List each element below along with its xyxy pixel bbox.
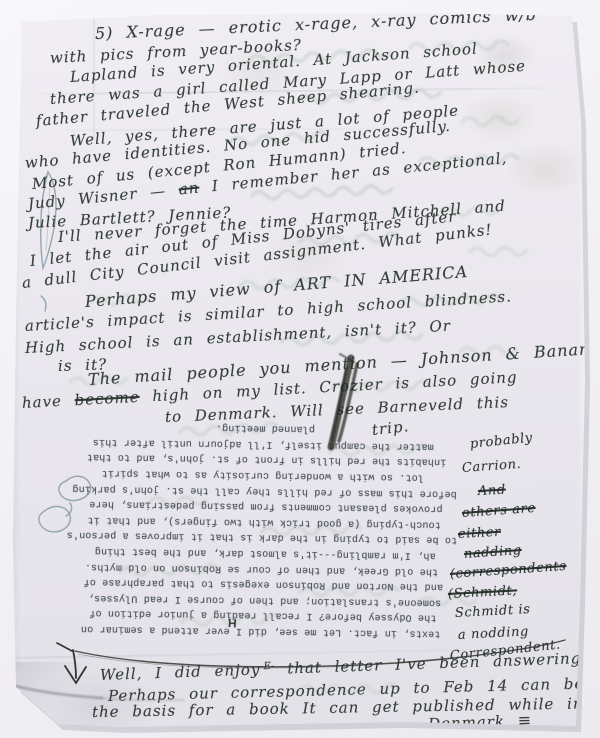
letter-paper: texts, in fact. Let me see, did I ever a… [0,0,600,738]
footer-superscript: -E- [260,661,275,672]
footer-line-1-post: that letter I've been answering. [274,649,587,678]
line-19-struck-word: become [74,388,140,409]
margin-note-carrion: Carrion. [461,457,521,476]
arrow-head [65,666,86,683]
arrow-tick [57,643,72,651]
line-9-struck-word: an [178,179,200,199]
pencil-tick [41,296,46,311]
margin-note-schmidt-is: Schmidt is [455,602,531,621]
footer-line-1-pre: Well, I did enjoy [100,660,261,684]
margin-note-either-struck: either [458,525,502,542]
line-19-pre: have [22,391,76,412]
arrow-shaft [73,650,76,678]
margin-note-a-nodding: a nodding [458,624,530,643]
pencil-edge-marks [3,178,12,204]
typewritten-block-upside-down: texts, in fact. Let me see, did I ever a… [54,417,473,641]
left-edge-shading [13,22,21,668]
handwritten-line-1: 5) X-rage — erotic x-rage, x-ray comics … [95,5,538,43]
margin-note-nadding-struck: nadding [463,543,522,562]
margin-note-schmidt-struck: (Schmidt, [448,583,518,602]
margin-note-and-struck: And [478,483,507,499]
handwritten-insert-mark: H [228,616,237,630]
margin-note-probably: probably [469,430,533,452]
